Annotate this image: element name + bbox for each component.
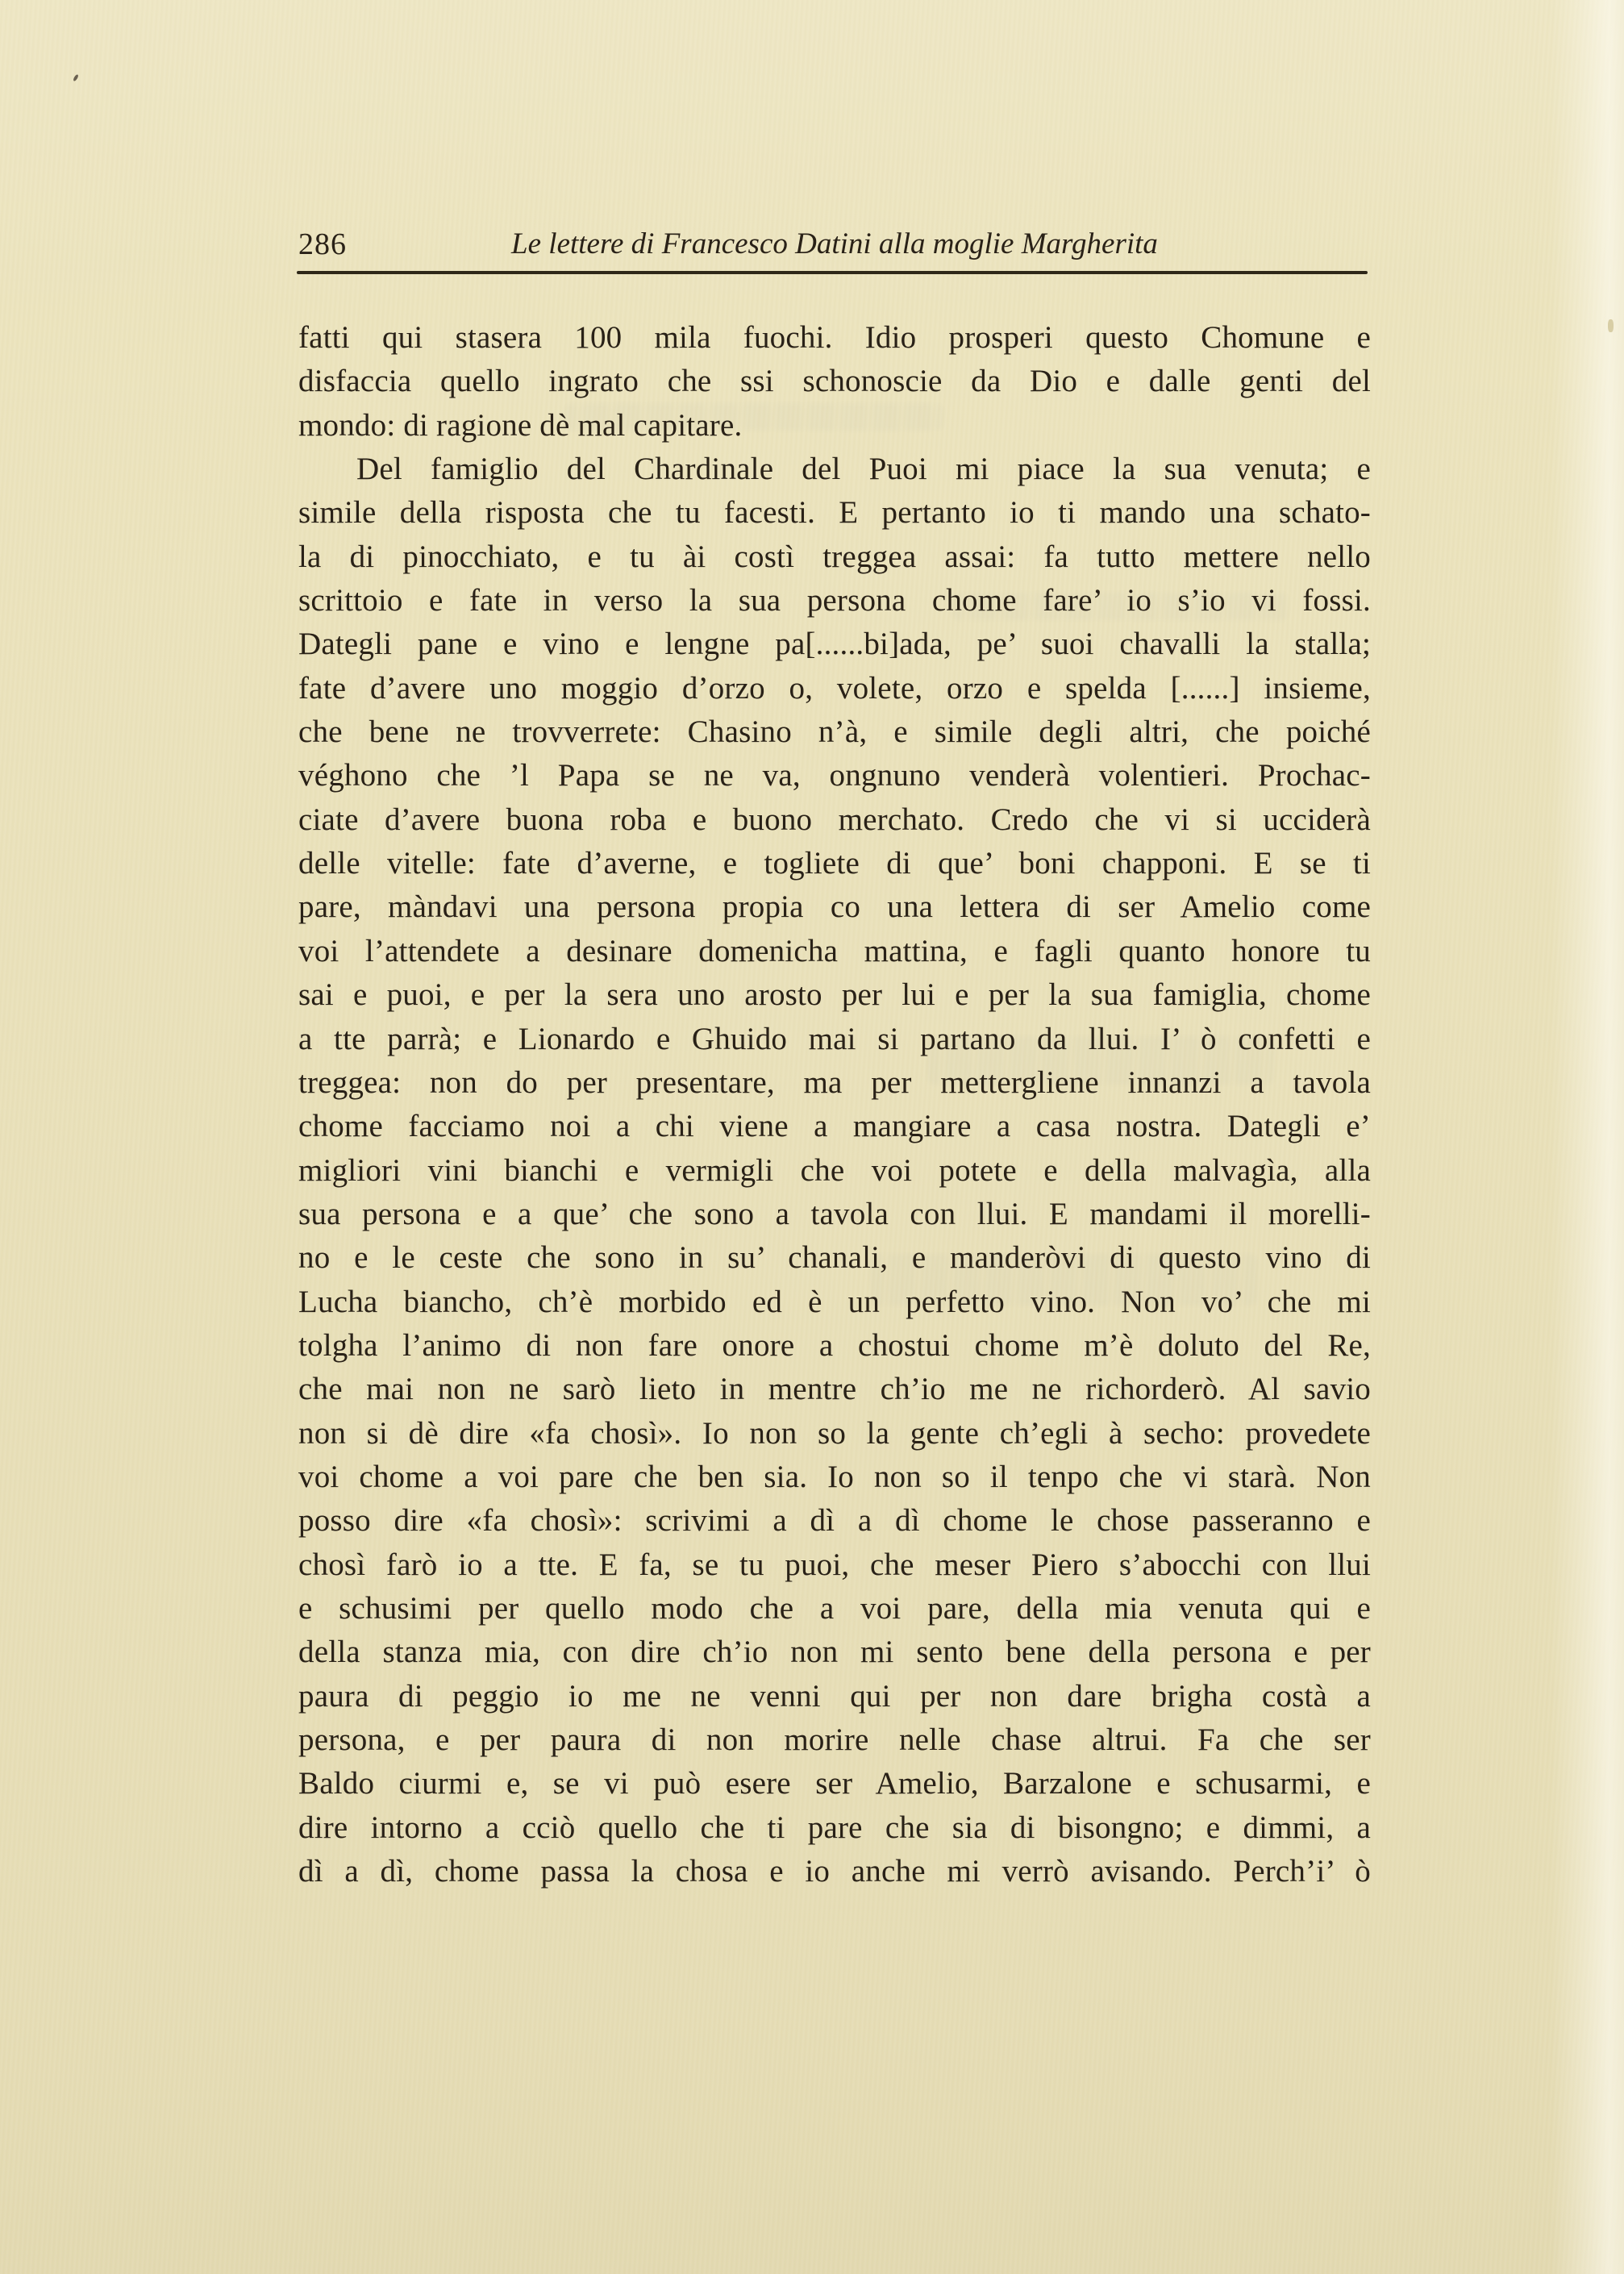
text-line-22: no e le ceste che sono in su’ chanali, e… bbox=[298, 1236, 1371, 1280]
text-line-31: della stanza mia, con dire ch’io non mi … bbox=[298, 1631, 1371, 1674]
text-line-25: che mai non ne sarò lieto in mentre ch’i… bbox=[298, 1368, 1371, 1411]
text-line-2: disfaccia quello ingrato che ssi schonos… bbox=[298, 360, 1371, 403]
text-line-30: e schusimi per quello modo che a voi par… bbox=[298, 1587, 1371, 1631]
text-line-7: scrittoio e fate in verso la sua persona… bbox=[298, 579, 1371, 623]
text-line-18: treggea: non do per presentare, ma per m… bbox=[298, 1061, 1371, 1105]
text-line-10: che bene ne trovverrete: Chasino n’à, e … bbox=[298, 710, 1371, 754]
text-line-29: chosì farò io a tte. E fa, se tu puoi, c… bbox=[298, 1543, 1371, 1587]
text-line-21: sua persona e a que’ che sono a tavola c… bbox=[298, 1193, 1371, 1236]
text-line-32: paura di peggio io me ne venni qui per n… bbox=[298, 1675, 1371, 1718]
text-line-8: Dategli pane e vino e lengne pa[......bi… bbox=[298, 623, 1371, 666]
text-line-1: fatti qui stasera 100 mila fuochi. Idio … bbox=[298, 316, 1371, 360]
letter-text-block: fatti qui stasera 100 mila fuochi. Idio … bbox=[298, 316, 1371, 1893]
text-line-20: migliori vini bianchi e vermigli che voi… bbox=[298, 1149, 1371, 1193]
text-line-15: voi l’attendete a desinare domenicha mat… bbox=[298, 930, 1371, 973]
text-line-34: Baldo ciurmi e, se vi può esere ser Amel… bbox=[298, 1762, 1371, 1805]
text-line-35: dire intorno a cciò quello che ti pare c… bbox=[298, 1806, 1371, 1850]
text-line-13: delle vitelle: fate d’averne, e togliete… bbox=[298, 842, 1371, 885]
text-line-33: persona, e per paura di non morire nelle… bbox=[298, 1718, 1371, 1762]
page-edge-shading bbox=[1551, 0, 1624, 2274]
text-line-17: a tte parrà; e Lionardo e Ghuido mai si … bbox=[298, 1018, 1371, 1061]
text-line-3: mondo: di ragione dè mal capitare. bbox=[298, 404, 1371, 448]
text-line-24: tolgha l’animo di non fare onore a chost… bbox=[298, 1324, 1371, 1368]
scanned-book-page: 286 Le lettere di Francesco Datini alla … bbox=[0, 0, 1624, 2274]
running-title: Le lettere di Francesco Datini alla mogl… bbox=[298, 227, 1371, 261]
text-line-9: fate d’avere uno moggio d’orzo o, volete… bbox=[298, 667, 1371, 710]
text-line-26: non si dè dire «fa chosì». Io non so la … bbox=[298, 1412, 1371, 1456]
text-line-11: véghono che ’l Papa se ne va, ongnuno ve… bbox=[298, 754, 1371, 798]
text-line-28: posso dire «fa chosì»: scrivimi a dì a d… bbox=[298, 1499, 1371, 1543]
text-line-4: Del famiglio del Chardinale del Puoi mi … bbox=[298, 448, 1371, 491]
text-line-14: pare, màndavi una persona propia co una … bbox=[298, 885, 1371, 929]
text-line-12: ciate d’avere buona roba e buono merchat… bbox=[298, 798, 1371, 842]
text-line-27: voi chome a voi pare che ben sia. Io non… bbox=[298, 1456, 1371, 1499]
text-line-19: chome facciamo noi a chi viene a mangiar… bbox=[298, 1105, 1371, 1148]
text-line-6: la di pinocchiato, e tu ài costì treggea… bbox=[298, 535, 1371, 579]
text-line-16: sai e puoi, e per la sera uno arosto per… bbox=[298, 973, 1371, 1017]
header-rule bbox=[297, 271, 1368, 274]
page-header: 286 Le lettere di Francesco Datini alla … bbox=[298, 227, 1371, 269]
paper-speck bbox=[73, 74, 79, 82]
text-line-5: simile della risposta che tu facesti. E … bbox=[298, 491, 1371, 535]
text-line-23: Lucha biancho, ch’è morbido ed è un perf… bbox=[298, 1281, 1371, 1324]
paper-speck bbox=[1608, 319, 1614, 332]
text-line-36: dì a dì, chome passa la chosa e io anche… bbox=[298, 1850, 1371, 1893]
